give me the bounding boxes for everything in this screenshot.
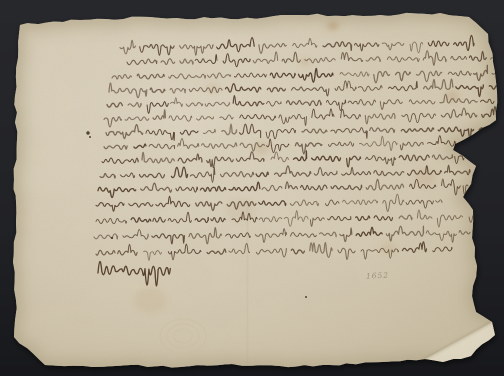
manuscript-paper: 1652 — [0, 0, 504, 376]
fold-crease-line — [247, 202, 248, 366]
manuscript-scan: 1652 — [0, 0, 504, 376]
pencil-date-annotation: 1652 — [366, 271, 390, 281]
photo-background: 1652 — [0, 0, 504, 376]
